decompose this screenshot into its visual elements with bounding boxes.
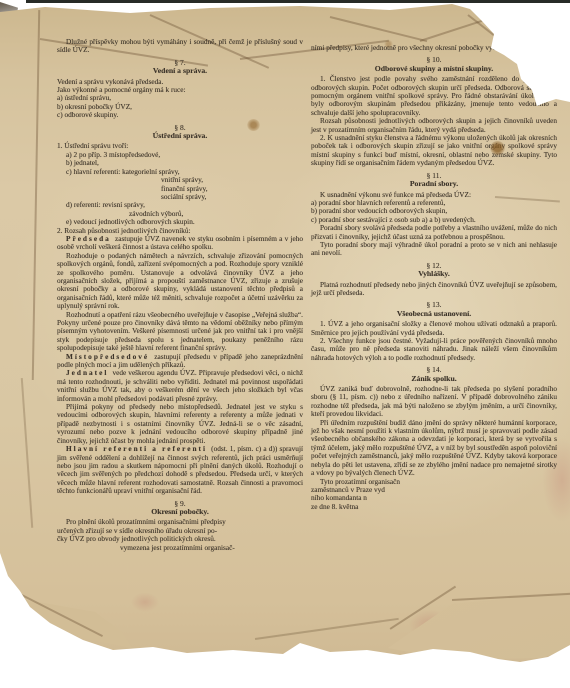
paragraph: ními předpisy, které jednotně pro všechn…: [311, 44, 557, 52]
crease-line: [420, 3, 535, 42]
emphasized-term: Jednatel: [66, 368, 112, 377]
document-paper: Dlužné příspěvky mohou býti vymáhány i s…: [0, 0, 570, 688]
text-line: vymezena jest prozatímními organisač-: [57, 544, 303, 552]
emphasized-term: Předseda: [66, 234, 115, 243]
paragraph: Rozsah působnosti jednotlivých odborovýc…: [311, 117, 557, 134]
emphasized-term: Hlavní referenti a referenti: [66, 444, 211, 453]
section-title: Všeobecná ustanovení.: [311, 310, 557, 318]
paragraph: Jednatel vede veškerou agendu ÚVZ. Připr…: [57, 369, 303, 403]
paragraph: Při úředním rozpuštění budiž dáno jmění …: [311, 419, 557, 478]
crease-line: [255, 618, 399, 640]
crease-line: [452, 593, 570, 601]
paragraph: Rozhodnutí a opatření rázu všeobecného u…: [57, 311, 303, 353]
section-title: Zánik spolku.: [311, 375, 557, 383]
emphasized-term: Místopředsedové: [66, 352, 154, 361]
paragraph: 1. ÚVZ a jeho organisační složky a členo…: [311, 320, 557, 337]
crease-line: [32, 10, 40, 380]
scanner-edge-line: [26, 0, 570, 3]
left-text-column: Dlužné příspěvky mohou býti vymáhány i s…: [57, 38, 303, 552]
paragraph: ÚVZ zaniká buď dobrovolně, rozhodne-li t…: [311, 385, 557, 419]
paragraph: Předseda zastupuje ÚVZ navenek ve styku …: [57, 235, 303, 252]
section-title: Odborové skupiny a místní skupiny.: [311, 65, 557, 73]
section-title: Poradní sbory.: [311, 180, 557, 188]
paragraph: Platná rozhodnutí předsedy nebo jiných č…: [311, 281, 557, 298]
section-title: Okresní pobočky.: [57, 508, 303, 516]
section-title: Vyhlášky.: [311, 270, 557, 278]
paragraph: 2. K usnadnění styku členstva a řádnému …: [311, 134, 557, 168]
section-title: Vedení a správa.: [57, 67, 303, 75]
text-line: ze dne 8. května: [311, 503, 557, 511]
paragraph: Přijímá pokyny od předsedy nebo místopře…: [57, 403, 303, 445]
paragraph: Tyto poradní sbory mají výhradně úkol po…: [311, 241, 557, 258]
paragraph: 1. Členstvo jest podle povahy svého zamě…: [311, 75, 557, 117]
text-line: c) odborové skupiny.: [57, 111, 303, 119]
right-text-column: ními předpisy, které jednotně pro všechn…: [311, 44, 557, 511]
paragraph: Místopředsedové zastupují předsedu v pří…: [57, 353, 303, 370]
crease-line: [18, 592, 103, 636]
paragraph: Rozhoduje o podaných námětech a návrzích…: [57, 252, 303, 311]
section-title: Ústřední správa.: [57, 132, 303, 140]
paragraph: Poradní sbory svolává předseda podle pot…: [311, 224, 557, 241]
paragraph: Hlavní referenti a referenti (odst. 1, p…: [57, 445, 303, 495]
paragraph: Dlužné příspěvky mohou býti vymáhány i s…: [57, 38, 303, 55]
crease-line: [21, 378, 33, 528]
paragraph: 2. Všechny funkce jsou čestné. Vyžadují-…: [311, 337, 557, 362]
crease-line: [330, 16, 428, 42]
crease-line: [390, 586, 456, 630]
